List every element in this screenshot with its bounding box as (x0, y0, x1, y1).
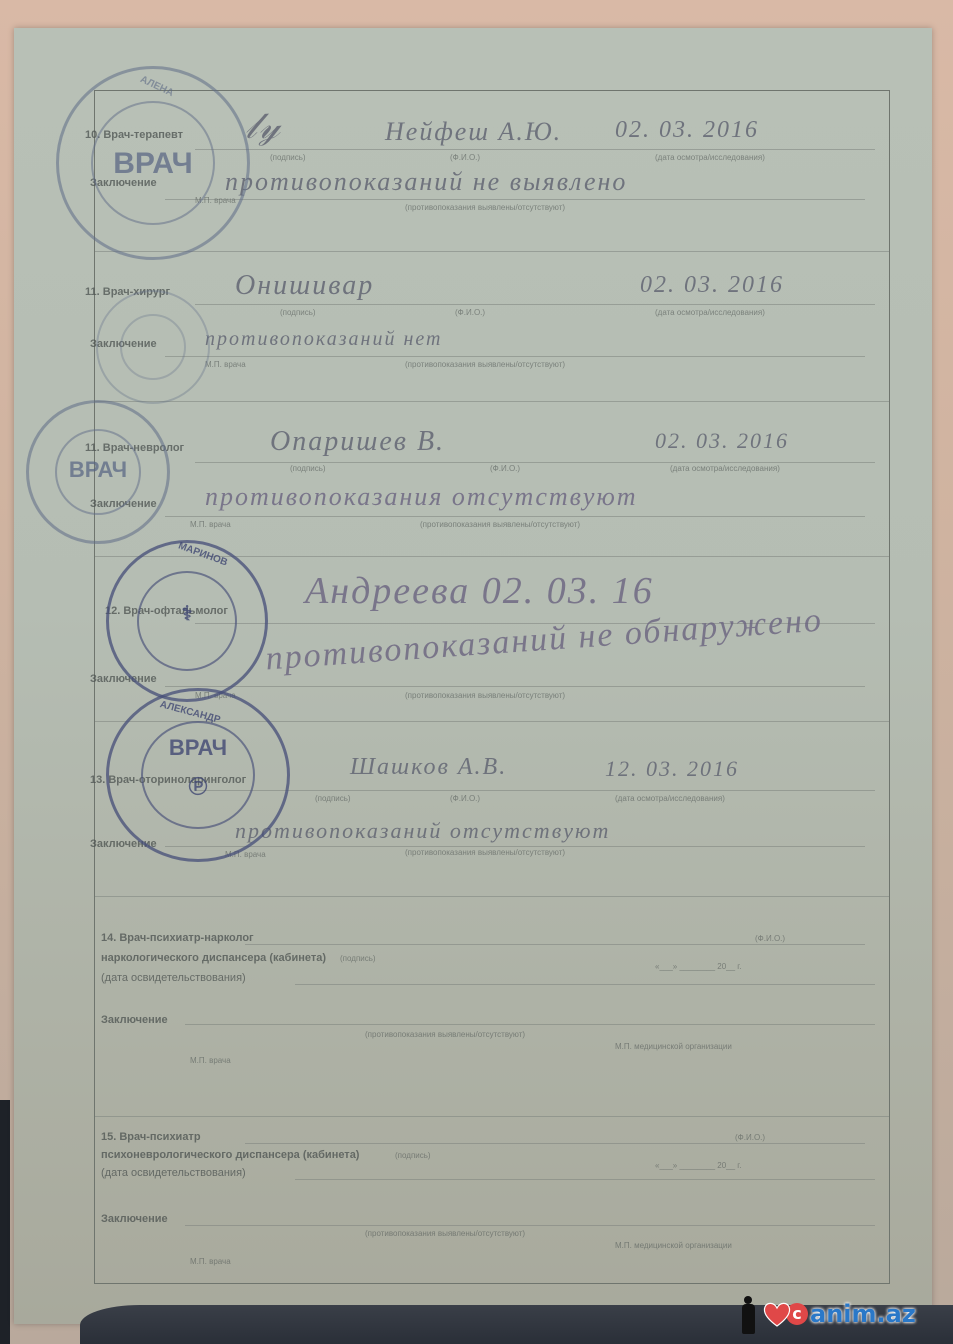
handwritten-conclusion: противопоказания отсутствуют (205, 482, 638, 512)
handwritten-name: Онишивар (235, 270, 374, 302)
date-hint: (дата осмотра/исследования) (615, 794, 725, 803)
handwritten-date: 02. 03. 2016 (655, 428, 789, 454)
heart-icon (762, 1299, 792, 1329)
date-hint: (дата осмотра/исследования) (655, 153, 765, 162)
section-number: 14. (101, 932, 116, 944)
conclusion-line (185, 1024, 875, 1025)
handwritten-date: 12. 03. 2016 (605, 756, 739, 782)
section-subtitle: психоневрологического диспансера (кабине… (101, 1149, 359, 1161)
conclusion-line (165, 199, 865, 200)
handwritten-conclusion: противопоказаний нет (205, 328, 442, 351)
section-divider (95, 251, 889, 252)
conclusion-hint: (противопоказания выявлены/отсутствуют) (405, 691, 565, 700)
signature-line (195, 462, 875, 463)
signature-hint: (подпись) (315, 794, 351, 803)
doctor-stamp-5: АЛЕКСАНДР ВРАЧ ℗ (106, 688, 290, 862)
conclusion-line (165, 516, 865, 517)
mp-hint: М.П. врача (190, 520, 231, 529)
site-watermark: c anim.az (738, 1288, 948, 1340)
date-line (295, 1179, 875, 1180)
signature-line (195, 149, 875, 150)
fio-hint: (Ф.И.О.) (450, 153, 480, 162)
signature-line (195, 304, 875, 305)
date-line (295, 984, 875, 985)
conclusion-label: Заключение (101, 1213, 168, 1225)
conclusion-label: Заключение (101, 1014, 168, 1026)
handwritten-conclusion: противопоказаний отсутствуют (235, 818, 610, 844)
handwritten-name: Опаришев В. (270, 426, 445, 458)
conclusion-hint: (противопоказания выявлены/отсутствуют) (405, 360, 565, 369)
section-number: 13. (90, 774, 105, 786)
mp-org-hint: М.П. медицинской организации (615, 1042, 732, 1051)
date-hint: (дата осмотра/исследования) (670, 464, 780, 473)
fio-hint: (Ф.И.О.) (455, 308, 485, 317)
conclusion-line (165, 846, 865, 847)
couple-silhouette-icon (738, 1292, 760, 1336)
conclusion-line (165, 356, 865, 357)
fio-hint: (Ф.И.О.) (450, 794, 480, 803)
mp-hint: М.П. врача (205, 360, 246, 369)
date-blank: «___» ________ 20__ г. (655, 962, 741, 971)
mp-hint: М.П. врача (190, 1257, 231, 1266)
doctor-stamp-1: АЛЕНА ВРАЧ (56, 66, 250, 260)
section-divider (95, 896, 889, 897)
doctor-stamp-3: ВРАЧ (26, 400, 170, 544)
handwritten-date: 02. 03. 2016 (640, 272, 784, 299)
fio-hint: (Ф.И.О.) (735, 1133, 765, 1142)
conclusion-hint: (противопоказания выявлены/отсутствуют) (365, 1229, 525, 1238)
signature-hint: (подпись) (270, 153, 306, 162)
handwritten-conclusion: противопоказаний не обнаружено (264, 602, 824, 679)
conclusion-hint: (противопоказания выявлены/отсутствуют) (405, 848, 565, 857)
doctor-stamp-4: МАРИНОВ ⚕ (106, 540, 268, 702)
handwritten-name: Нейфеш А.Ю. (385, 117, 562, 147)
handwritten-name: Андреева 02. 03. 16 (305, 569, 654, 613)
section-number: 11. (85, 286, 100, 298)
signature-line (245, 1143, 865, 1144)
handwritten-signature: 𝓁𝓎 (245, 105, 282, 148)
handwritten-conclusion: противопоказаний не выявлено (225, 167, 627, 197)
section-title: Врач-психиатр-нарколог (119, 932, 253, 944)
handwritten-name: Шашков А.В. (350, 754, 507, 781)
conclusion-hint: (противопоказания выявлены/отсутствуют) (420, 520, 580, 529)
section-subtitle: наркологического диспансера (кабинета) (101, 952, 326, 964)
document-sheet: 10. Врач-терапевт 𝓁𝓎 Нейфеш А.Ю. 02. 03.… (14, 28, 932, 1324)
signature-line (245, 944, 865, 945)
signature-hint: (подпись) (340, 954, 376, 963)
signature-line (195, 790, 875, 791)
signature-hint: (подпись) (395, 1151, 431, 1160)
signature-hint: (подпись) (280, 308, 316, 317)
signature-hint: (подпись) (290, 464, 326, 473)
date-label: (дата освидетельствования) (101, 972, 246, 984)
section-number: 15. (101, 1131, 116, 1143)
date-blank: «___» ________ 20__ г. (655, 1161, 741, 1170)
date-label: (дата освидетельствования) (101, 1167, 246, 1179)
conclusion-line (165, 686, 865, 687)
mp-org-hint: М.П. медицинской организации (615, 1241, 732, 1250)
photo-edge-shadow (0, 1100, 10, 1344)
section-label: 14. Врач-психиатр-нарколог (101, 932, 254, 944)
fio-hint: (Ф.И.О.) (755, 934, 785, 943)
handwritten-date: 02. 03. 2016 (615, 117, 759, 144)
conclusion-hint: (противопоказания выявлены/отсутствуют) (405, 203, 565, 212)
section-title: Врач-психиатр (119, 1131, 200, 1143)
fio-hint: (Ф.И.О.) (490, 464, 520, 473)
conclusion-line (185, 1225, 875, 1226)
date-hint: (дата осмотра/исследования) (655, 308, 765, 317)
doctor-stamp-2 (96, 290, 210, 404)
section-label: 15. Врач-психиатр (101, 1131, 201, 1143)
conclusion-hint: (противопоказания выявлены/отсутствуют) (365, 1030, 525, 1039)
section-divider (95, 1116, 889, 1117)
section-divider (95, 401, 889, 402)
watermark-text: anim.az (810, 1300, 916, 1328)
mp-hint: М.П. врача (190, 1056, 231, 1065)
